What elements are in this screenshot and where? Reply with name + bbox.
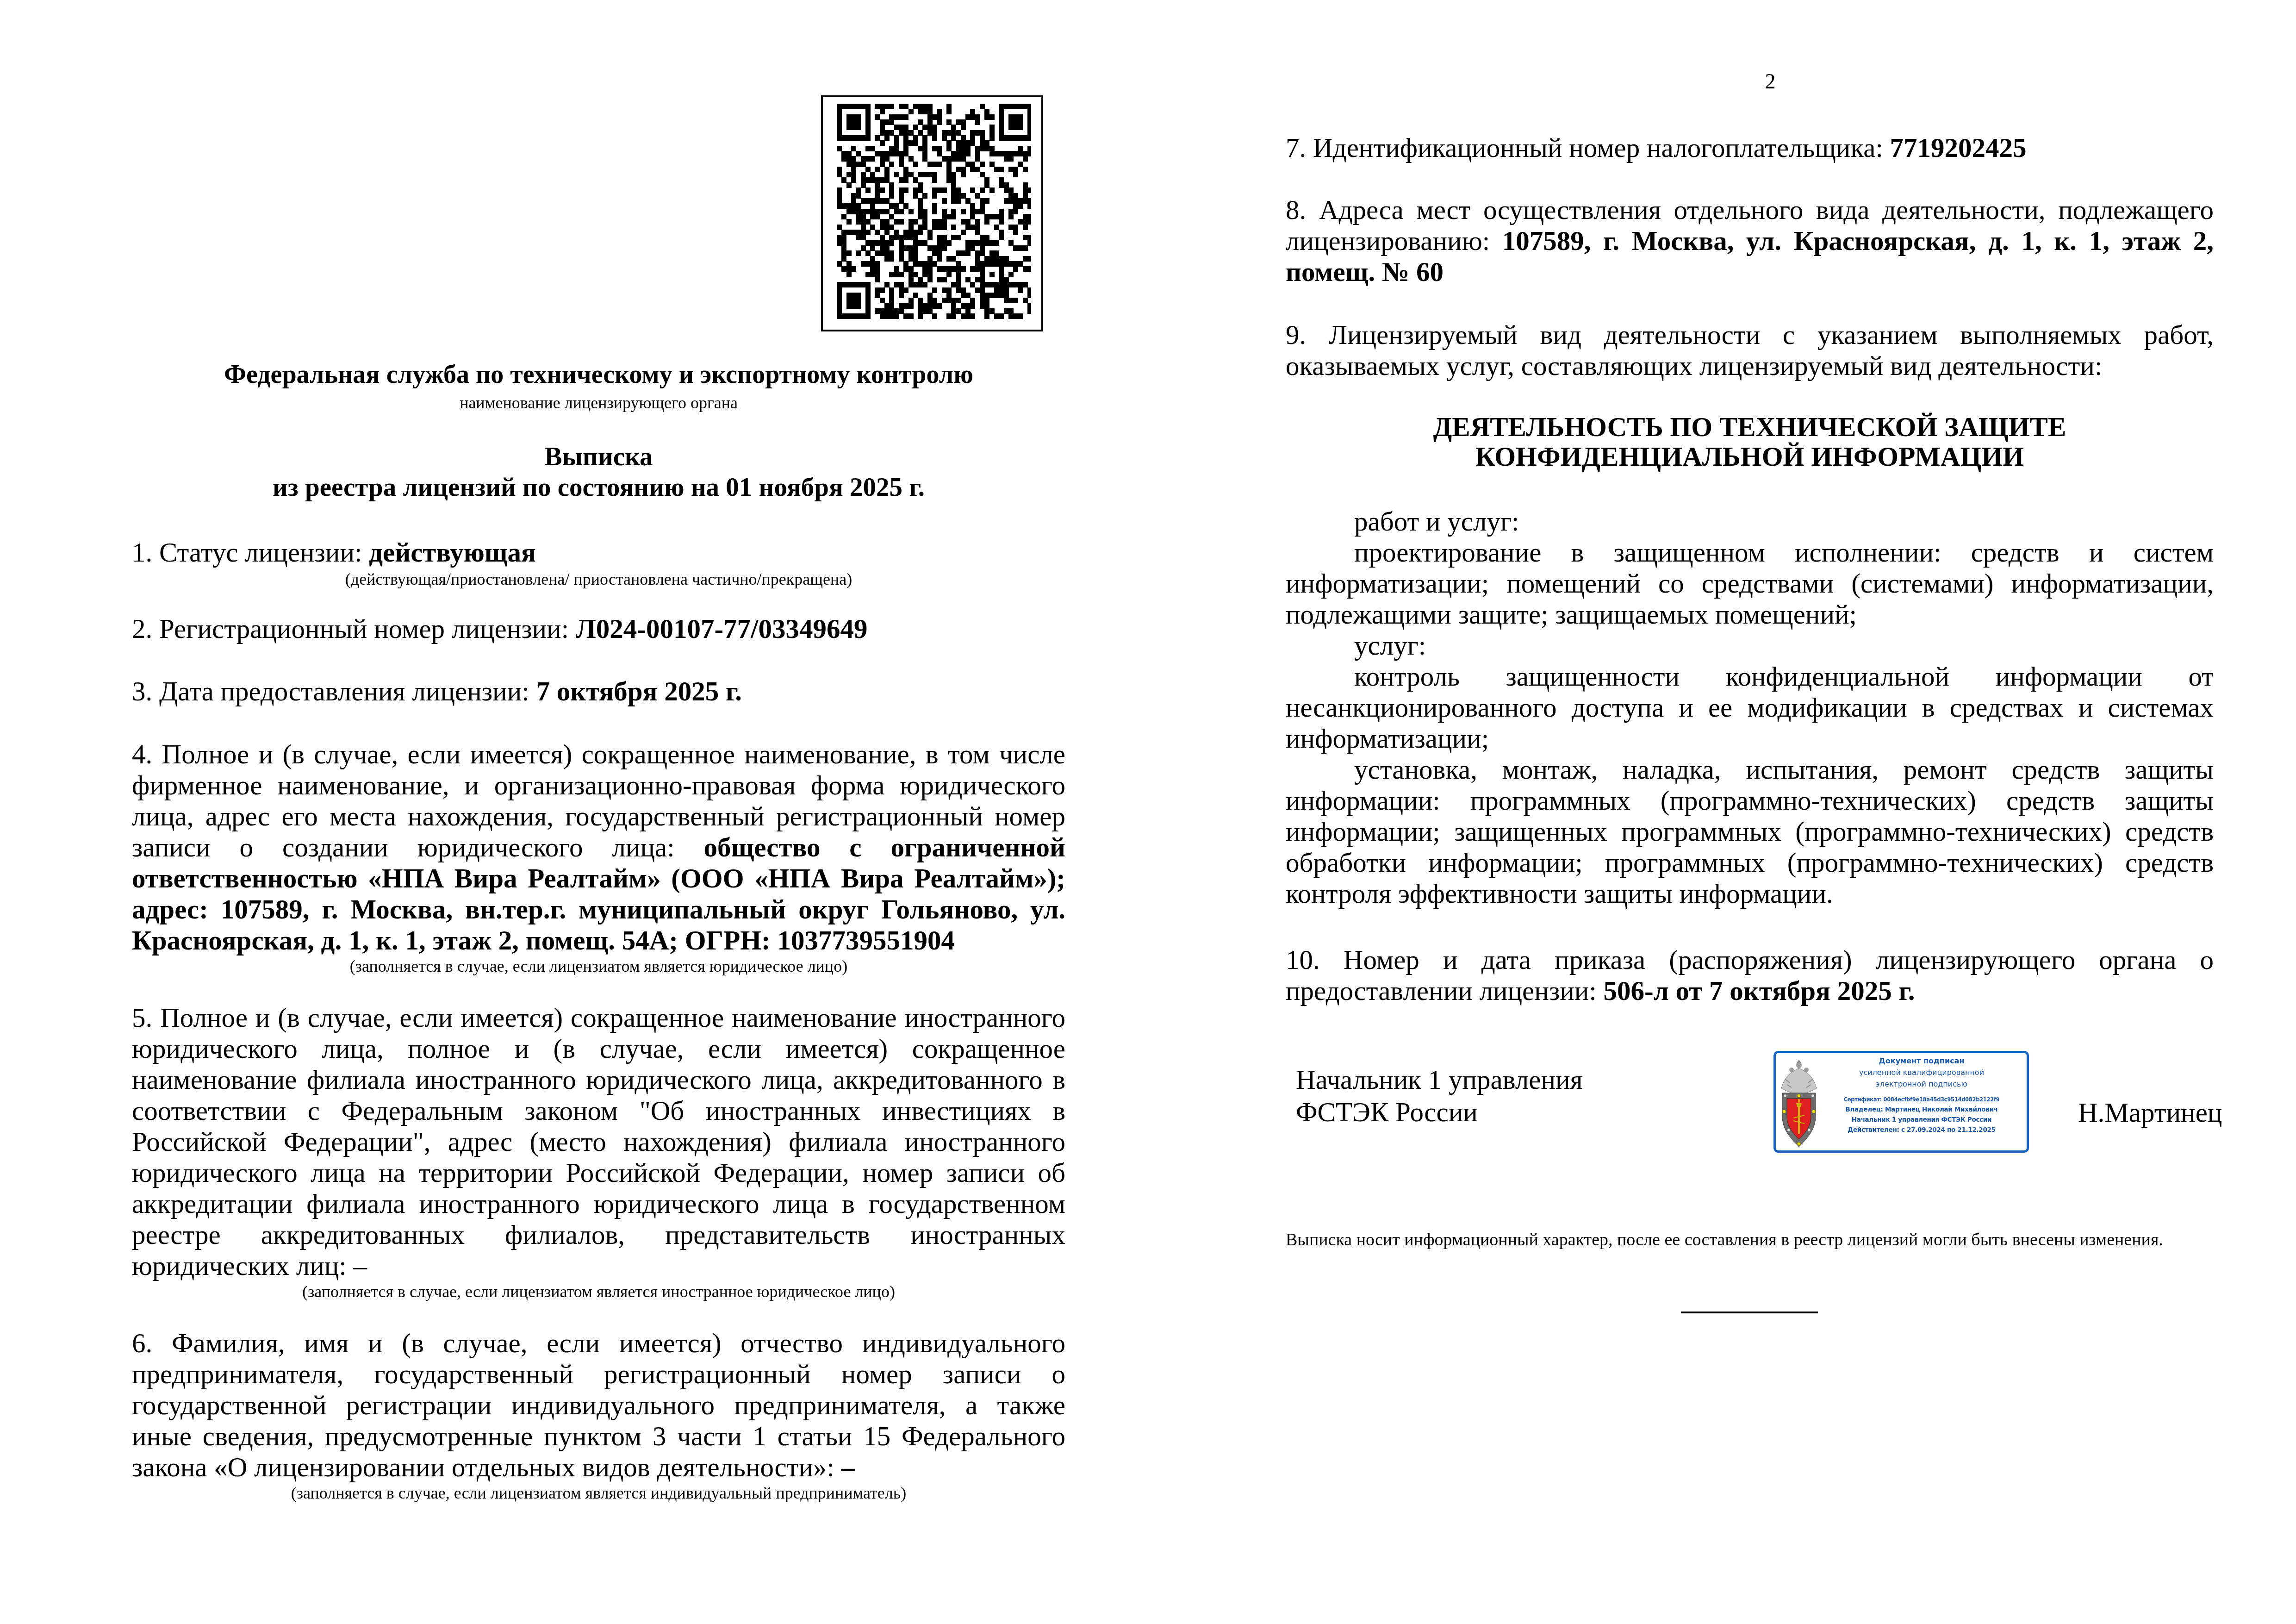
individual-entrepreneur-value: – bbox=[841, 1452, 855, 1482]
item-10-order: 10. Номер и дата приказа (распоряжения) … bbox=[1286, 944, 2214, 1006]
document-title: Выписка из реестра лицензий по состоянию… bbox=[132, 442, 1065, 503]
licensed-activity-line2: КОНФИДЕНЦИАЛЬНОЙ ИНФОРМАЦИИ bbox=[1286, 442, 2214, 471]
item-5-caption: (заполняется в случае, если лицензиатом … bbox=[132, 1281, 1065, 1302]
foreign-entity-value: – bbox=[353, 1250, 367, 1281]
item-3-issue-date: 3. Дата предоставления лицензии: 7 октяб… bbox=[132, 676, 1065, 707]
stamp-title-line1: Документ подписан bbox=[1818, 1055, 2025, 1067]
qr-code bbox=[821, 95, 1043, 331]
agency-name: Федеральная служба по техническому и экс… bbox=[132, 359, 1065, 390]
services-heading: услуг: bbox=[1286, 630, 2214, 661]
item-2-label: 2. Регистрационный номер лицензии: bbox=[132, 613, 576, 644]
fstec-emblem-icon bbox=[1779, 1056, 1819, 1149]
item-1-license-status: 1. Статус лицензии: действующая (действу… bbox=[132, 537, 1065, 589]
disclaimer: Выписка носит информационный характер, п… bbox=[1286, 1229, 2214, 1250]
item-1-caption: (действующая/приостановлена/ приостановл… bbox=[132, 569, 1065, 589]
end-rule-divider bbox=[1681, 1312, 1818, 1313]
tax-id-value: 7719202425 bbox=[1890, 132, 2027, 163]
issue-date-value: 7 октября 2025 г. bbox=[536, 676, 742, 706]
item-4-legal-entity: 4. Полное и (в случае, если имеется) сок… bbox=[132, 739, 1065, 976]
licensed-activity-line1: ДЕЯТЕЛЬНОСТЬ ПО ТЕХНИЧЕСКОЙ ЗАЩИТЕ bbox=[1286, 412, 2214, 442]
item-7-label: 7. Идентификационный номер налогоплатель… bbox=[1286, 132, 1890, 163]
item-7-tax-id: 7. Идентификационный номер налогоплатель… bbox=[1286, 132, 2214, 163]
item-6-individual-entrepreneur: 6. Фамилия, имя и (в случае, если имеетс… bbox=[132, 1328, 1065, 1503]
services-item: контроль защищенности конфиденциальной и… bbox=[1286, 661, 2214, 754]
stamp-owner: Владелец: Мартинец Николай Михайлович bbox=[1818, 1105, 2025, 1115]
signatory-position-line1: Начальник 1 управления bbox=[1296, 1063, 1583, 1096]
services-item: установка, монтаж, наладка, испытания, р… bbox=[1286, 754, 2214, 909]
item-8-activity-address: 8. Адреса мест осуществления отдельного … bbox=[1286, 194, 2214, 287]
document-title-line2: из реестра лицензий по состоянию на 01 н… bbox=[132, 472, 1065, 503]
item-5-foreign-entity: 5. Полное и (в случае, если имеется) сок… bbox=[132, 1002, 1065, 1302]
license-status-value: действующая bbox=[369, 537, 536, 568]
document-title-line1: Выписка bbox=[132, 442, 1065, 472]
stamp-text: Документ подписан усиленной квалифициров… bbox=[1818, 1055, 2025, 1135]
works-item: проектирование в защищенном исполнении: … bbox=[1286, 537, 2214, 630]
signatory-position-line2: ФСТЭК России bbox=[1296, 1096, 1583, 1128]
item-4-caption: (заполняется в случае, если лицензиатом … bbox=[132, 956, 1065, 976]
item-6-caption: (заполняется в случае, если лицензиатом … bbox=[132, 1483, 1065, 1503]
order-value: 506-л от 7 октября 2025 г. bbox=[1603, 975, 1915, 1006]
item-5-label: 5. Полное и (в случае, если имеется) сок… bbox=[132, 1002, 1065, 1281]
stamp-title-line2: усиленной квалифицированной bbox=[1818, 1067, 2025, 1078]
item-2-registration-number: 2. Регистрационный номер лицензии: Л024-… bbox=[132, 613, 1065, 644]
stamp-role: Начальник 1 управления ФСТЭК России bbox=[1818, 1115, 2025, 1125]
qr-code-pattern bbox=[837, 102, 1031, 329]
item-6-label: 6. Фамилия, имя и (в случае, если имеетс… bbox=[132, 1328, 1065, 1482]
works-and-services: работ и услуг: проектирование в защищенн… bbox=[1286, 506, 2214, 909]
electronic-signature-stamp: Документ подписан усиленной квалифициров… bbox=[1773, 1051, 2029, 1153]
item-9-label: 9. Лицензируемый вид деятельности с указ… bbox=[1286, 319, 2214, 381]
item-3-label: 3. Дата предоставления лицензии: bbox=[132, 676, 536, 706]
stamp-title-line3: электронной подписью bbox=[1818, 1078, 2025, 1090]
item-9-licensed-activity: 9. Лицензируемый вид деятельности с указ… bbox=[1286, 319, 2214, 381]
stamp-validity: Действителен: с 27.09.2024 по 21.12.2025 bbox=[1818, 1125, 2025, 1135]
works-heading: работ и услуг: bbox=[1286, 506, 2214, 537]
item-1-label: 1. Статус лицензии: bbox=[132, 537, 369, 568]
registration-number-value: Л024-00107-77/03349649 bbox=[576, 613, 868, 644]
signatory-name: Н.Мартинец bbox=[2078, 1096, 2222, 1129]
stamp-certificate: Сертификат: 0084ecfbf9e18a45d3c9514d082b… bbox=[1818, 1094, 2025, 1105]
signatory-position: Начальник 1 управления ФСТЭК России bbox=[1296, 1063, 1583, 1128]
licensed-activity-title: ДЕЯТЕЛЬНОСТЬ ПО ТЕХНИЧЕСКОЙ ЗАЩИТЕ КОНФИ… bbox=[1286, 412, 2214, 471]
page-number: 2 bbox=[1740, 69, 1800, 94]
agency-caption: наименование лицензирующего органа bbox=[132, 393, 1065, 413]
